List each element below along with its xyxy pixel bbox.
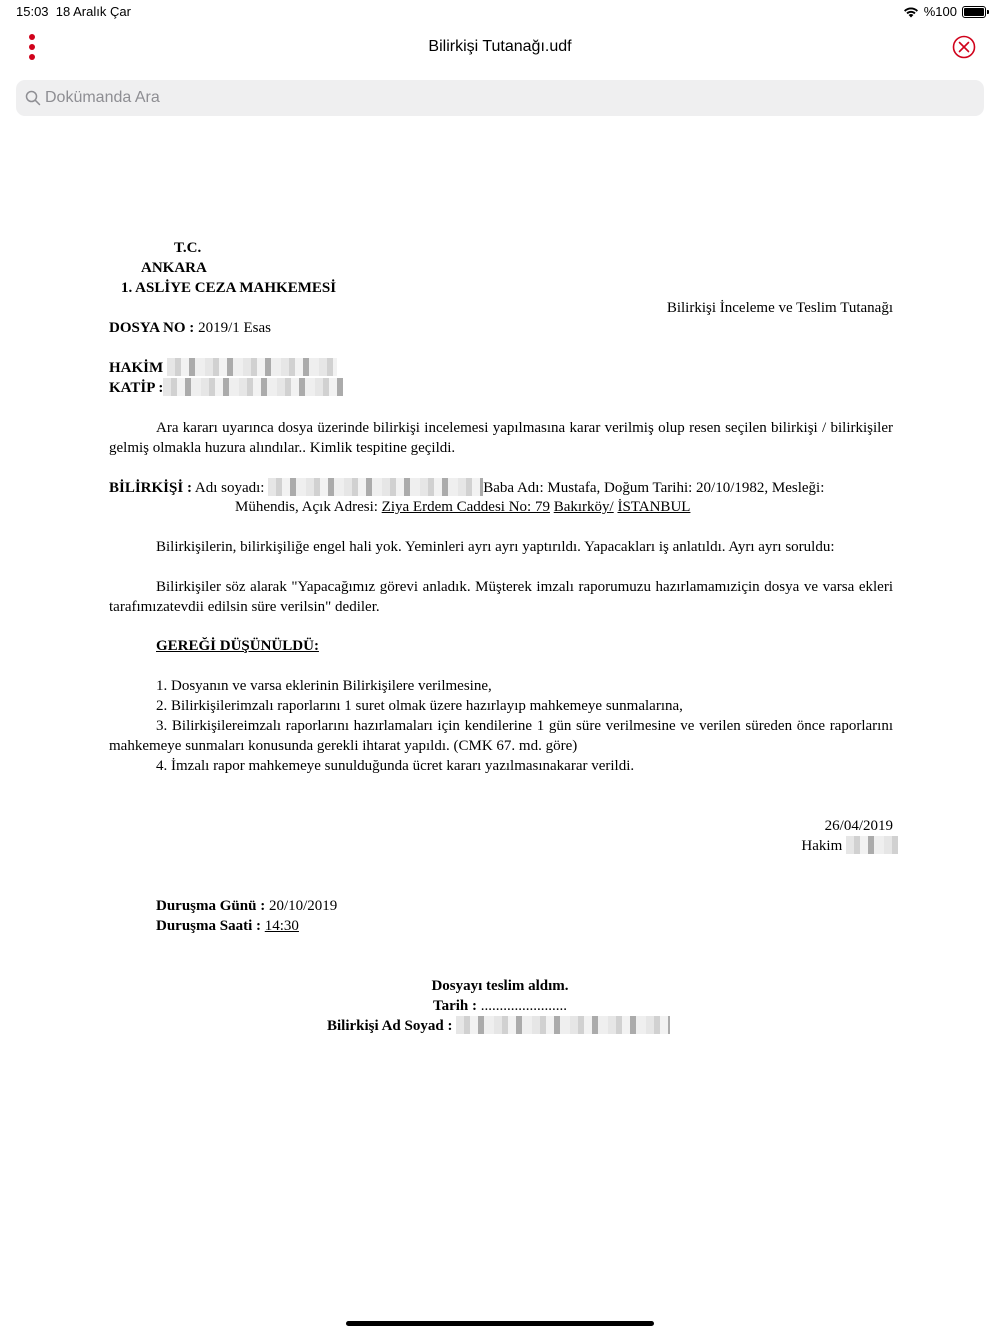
document-heading: Bilirkişi İnceleme ve Teslim Tutanağı: [667, 298, 893, 318]
hearing-day: Duruşma Günü : 20/10/2019: [156, 896, 337, 916]
decision-item: 2. Bilirkişilerimzalı raporlarını 1 sure…: [109, 696, 893, 716]
paragraph-oath: Bilirkişilerin, bilirkişiliğe engel hali…: [109, 537, 893, 557]
clerk-line: KATİP :: [109, 378, 343, 398]
redacted-expert-name: [268, 478, 483, 496]
document-title: Bilirkişi Tutanağı.udf: [0, 38, 1000, 56]
document-date: 26/04/2019: [825, 816, 893, 836]
battery-percent: %100: [924, 4, 957, 19]
search-icon: [25, 90, 41, 106]
decision-item: 1. Dosyanın ve varsa eklerinin Bilirkişi…: [109, 676, 893, 696]
paragraph-statement: Bilirkişiler söz alarak "Yapacağımız gör…: [109, 577, 893, 617]
decision-item: 4. İmzalı rapor mahkemeye sunulduğunda ü…: [109, 756, 893, 776]
judge-signature: Hakim: [801, 836, 898, 856]
judge-line: HAKİM: [109, 358, 337, 378]
nav-bar: Bilirkişi Tutanağı.udf: [0, 28, 1000, 68]
wifi-icon: [903, 6, 919, 18]
receipt-name: Bilirkişi Ad Soyad :: [327, 1016, 670, 1036]
expert-line-2: Mühendis, Açık Adresi: Ziya Erdem Caddes…: [235, 497, 690, 517]
redacted-clerk-name: [163, 378, 343, 396]
receipt-line: Dosyayı teslim aldım.: [0, 976, 1000, 996]
paragraph-intro: Ara kararı uyarınca dosya üzerinde bilir…: [109, 418, 893, 458]
search-input[interactable]: [45, 89, 945, 107]
hearing-time: Duruşma Saati : 14:30: [156, 916, 299, 936]
home-indicator[interactable]: [346, 1321, 654, 1326]
header-city: ANKARA: [141, 258, 207, 278]
file-number: DOSYA NO : 2019/1 Esas: [109, 318, 271, 338]
header-court: 1. ASLİYE CEZA MAHKEMESİ: [121, 278, 336, 298]
status-indicators: %100: [903, 4, 986, 19]
redacted-judge-name: [167, 358, 337, 376]
receipt-date: Tarih : .......................: [0, 996, 1000, 1016]
expert-line-1: BİLİRKİŞİ : Adı soyadı: Baba Adı: Mustaf…: [109, 478, 824, 498]
decision-heading: GEREĞİ DÜŞÜNÜLDÜ:: [156, 636, 319, 656]
status-time: 15:03 18 Aralık Çar: [16, 4, 131, 19]
status-bar: 15:03 18 Aralık Çar %100: [0, 0, 1000, 24]
redacted-signature-name: [846, 836, 898, 854]
battery-icon: [962, 6, 986, 18]
close-circle-icon[interactable]: [952, 35, 976, 59]
decision-item: 3. Bilirkişilereimzalı raporlarını hazır…: [109, 716, 893, 756]
redacted-receipt-name: [456, 1016, 670, 1034]
header-tc: T.C.: [174, 238, 201, 258]
search-bar[interactable]: [16, 80, 984, 116]
